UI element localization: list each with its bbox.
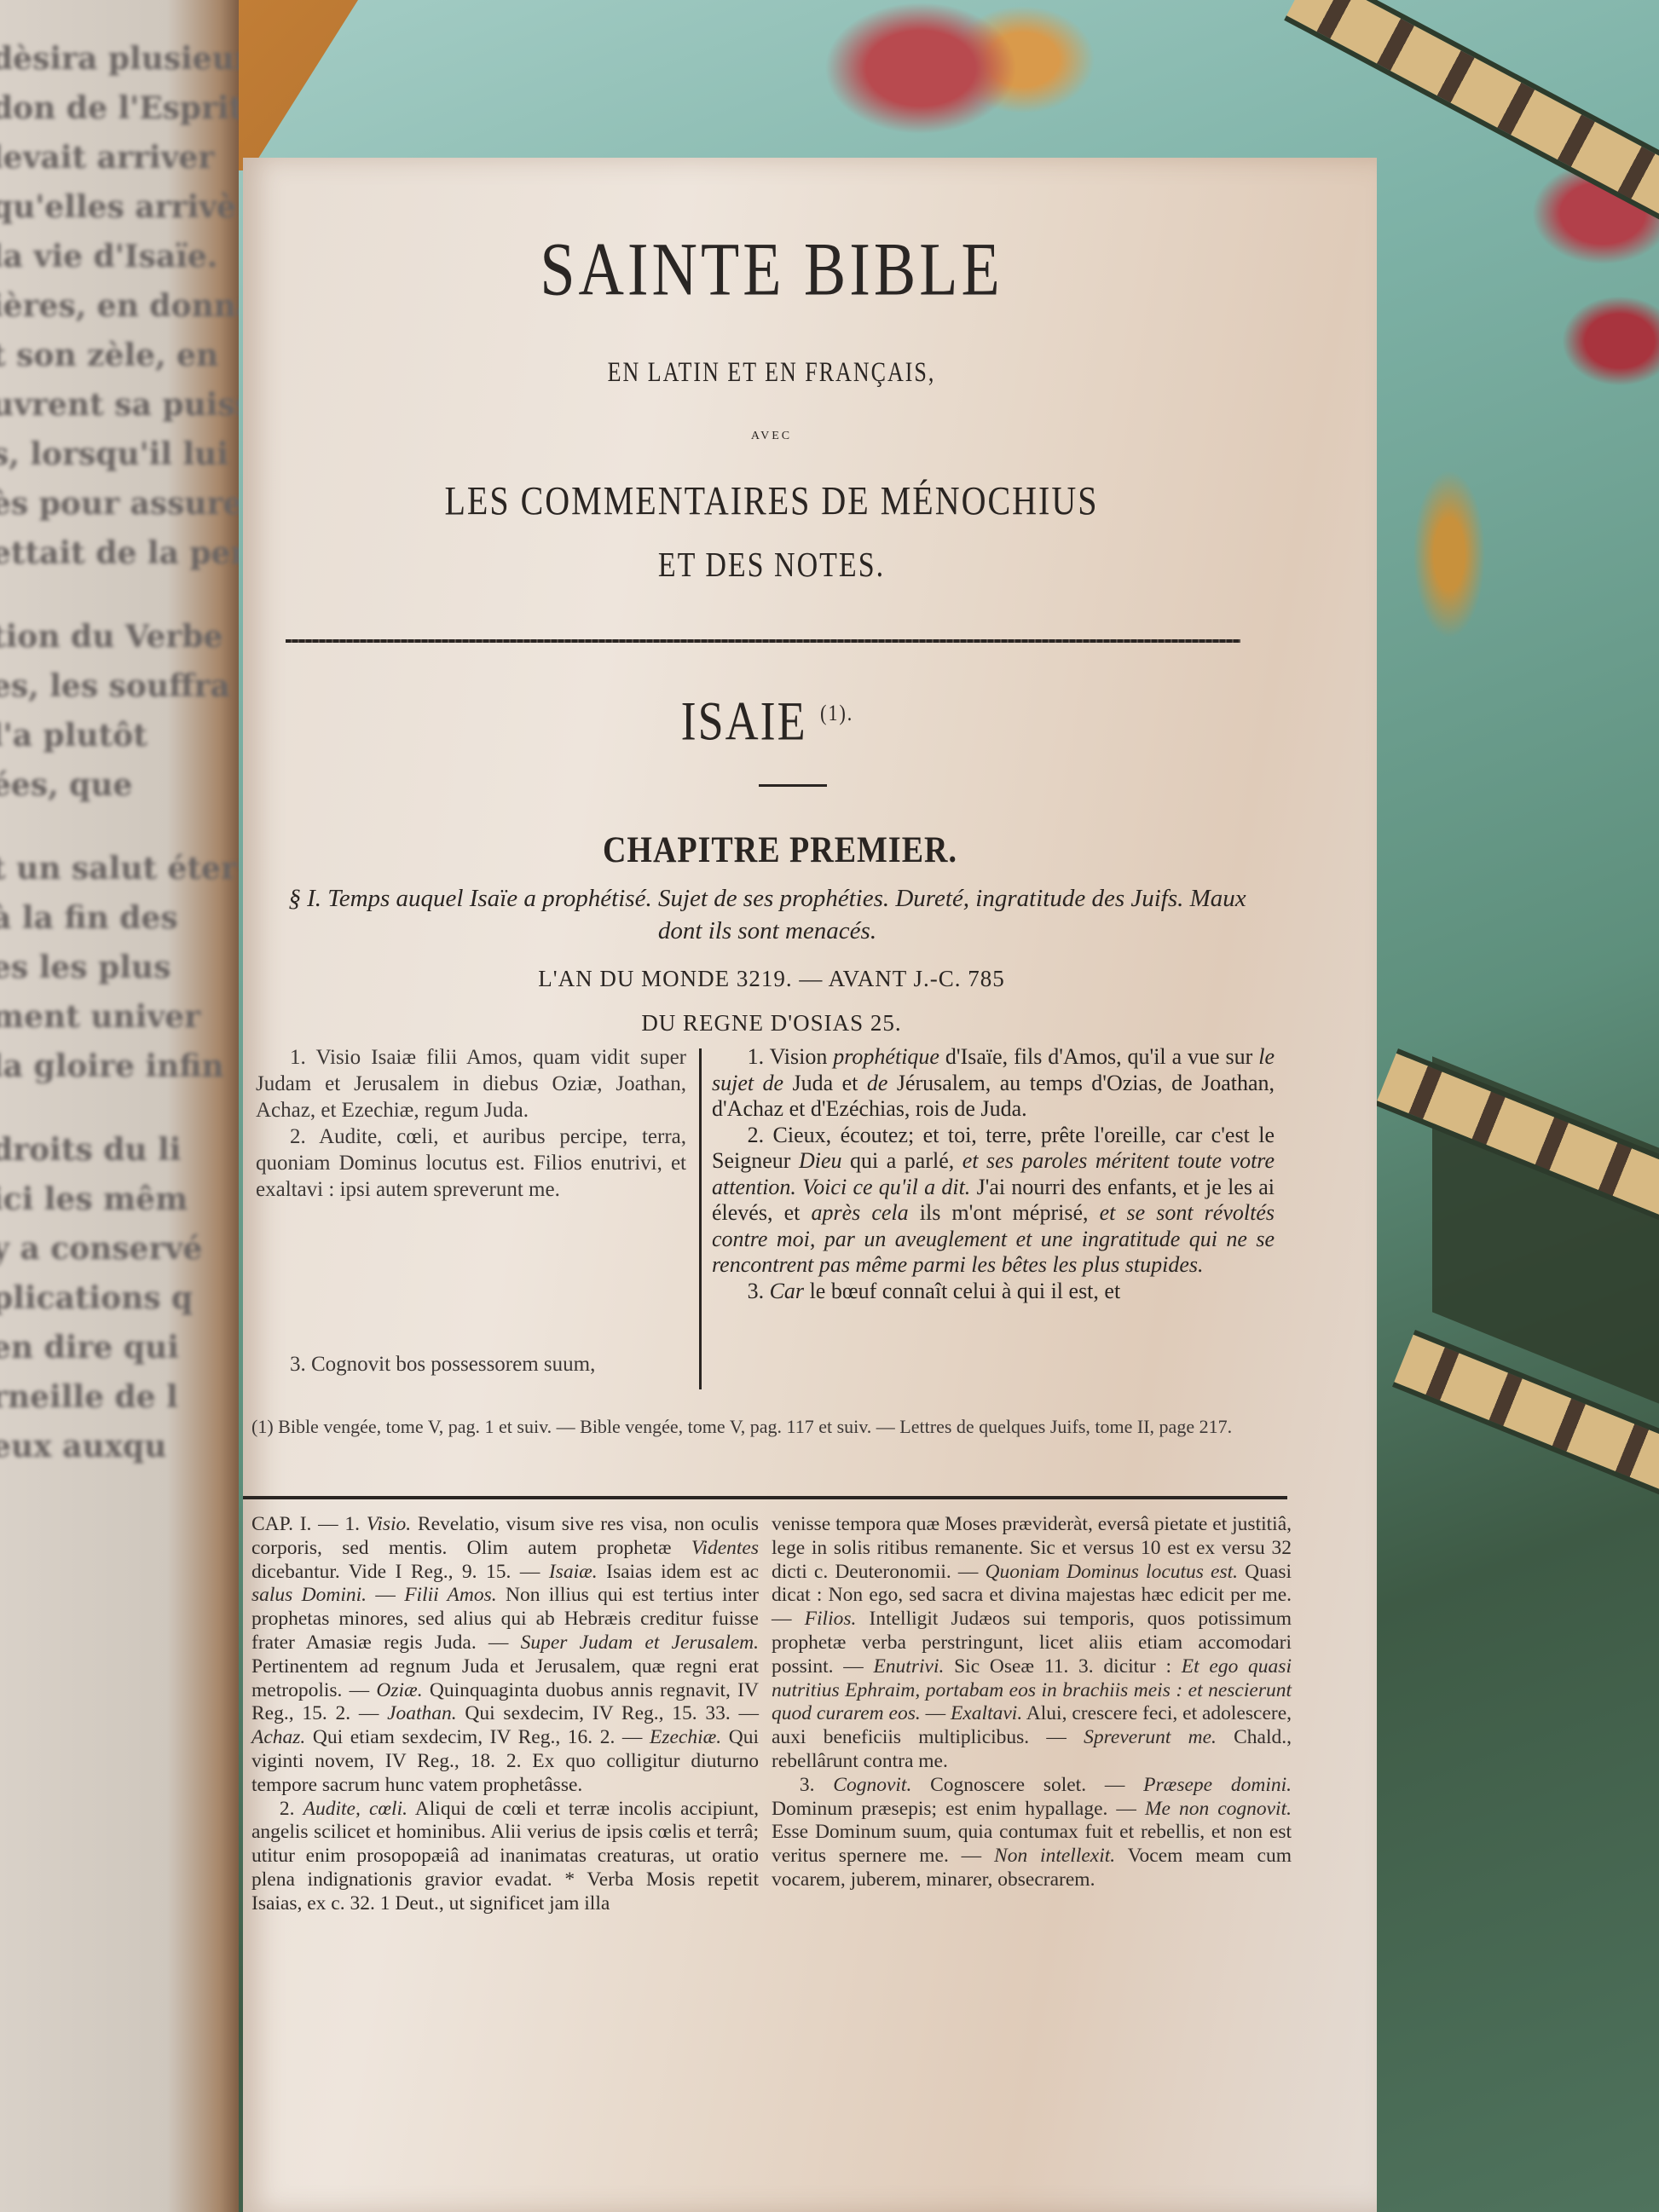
roman-text: le bœuf connaît celui à qui il est, et	[804, 1279, 1120, 1303]
french-verses-column: 1. Vision prophétique d'Isaïe, fils d'Am…	[712, 1044, 1275, 1304]
roman-text: d'Isaïe, fils d'Amos, qu'il a vue sur	[939, 1044, 1258, 1069]
commentary-divider	[243, 1496, 1287, 1499]
french-verse: 2. Cieux, écoutez; et toi, terre, prête …	[712, 1123, 1275, 1279]
previous-page-line: uvrent sa puissan	[0, 380, 213, 430]
book-name: ISAIE	[681, 690, 807, 752]
verse-number: 1.	[748, 1044, 770, 1069]
roman-text: —	[921, 1702, 951, 1724]
roman-text: Vision	[770, 1044, 834, 1069]
roman-text: Juda et	[783, 1071, 867, 1095]
french-verse: 1. Vision prophétique d'Isaïe, fils d'Am…	[712, 1044, 1275, 1123]
commentary-right-column: venisse tempora quæ Moses prævideràt, ev…	[772, 1513, 1292, 1892]
italic-text: Filios.	[805, 1608, 857, 1630]
previous-page-line: qu'elles arrivè	[0, 182, 213, 232]
italic-text: salus Domini.	[251, 1584, 367, 1606]
previous-page-line: la gloire infin	[0, 1042, 213, 1091]
title-divider	[286, 639, 1240, 643]
italic-text: Me non cognovit.	[1145, 1798, 1292, 1820]
roman-text: —	[367, 1584, 404, 1606]
previous-page-line: y a conservé	[0, 1224, 213, 1273]
chapter-heading: CHAPITRE PREMIER.	[243, 829, 1317, 872]
italic-text: Car	[770, 1279, 804, 1303]
previous-page-line: ières, en donnan	[0, 281, 213, 331]
latin-verses-column: 1. Visio Isaiæ filii Amos, quam vidit su…	[256, 1044, 686, 1203]
italic-text: Filii Amos.	[404, 1584, 496, 1606]
reign-line: DU REGNE D'OSIAS 25.	[243, 1010, 1300, 1037]
book-page: SAINTE BIBLE EN LATIN ET EN FRANÇAIS, AV…	[243, 158, 1377, 2212]
previous-page-text: dèsira plusieursdon de l'Espritlevait ar…	[0, 34, 213, 1471]
previous-page-line: don de l'Esprit	[0, 84, 213, 133]
date-line: L'AN DU MONDE 3219. — AVANT J.-C. 785	[243, 966, 1300, 992]
subtitle-avec: AVEC	[243, 430, 1300, 443]
roman-text: qui a parlé,	[841, 1148, 962, 1173]
footnote-reference: (1).	[820, 700, 853, 725]
italic-text: Cognovit.	[833, 1774, 911, 1796]
italic-text: Audite, cœli.	[303, 1798, 408, 1820]
previous-page: dèsira plusieursdon de l'Espritlevait ar…	[0, 0, 239, 2212]
roman-text: 3.	[800, 1774, 833, 1796]
italic-text: Achaz.	[251, 1726, 305, 1748]
previous-page-line: droits du li	[0, 1125, 213, 1175]
chapter-summary: § I. Temps auquel Isaïe a prophétisé. Su…	[264, 882, 1270, 947]
column-divider	[699, 1048, 702, 1389]
previous-page-line	[0, 810, 213, 844]
commentary-paragraph: 2. Audite, cœli. Aliqui de cœli et terræ…	[251, 1798, 759, 1916]
latin-verse: 3. Cognovit bos possessorem suum,	[256, 1351, 686, 1377]
roman-text: Qui sexdecim, IV Reg., 15. 33. —	[457, 1702, 759, 1724]
previous-page-line: en dire qui	[0, 1323, 213, 1372]
main-title: SAINTE BIBLE	[243, 228, 1300, 315]
roman-text: ils m'ont méprisé,	[909, 1200, 1100, 1225]
italic-text: Visio.	[367, 1513, 411, 1535]
previous-page-line: s, lorsqu'il lui	[0, 430, 213, 479]
title-block: SAINTE BIBLE EN LATIN ET EN FRANÇAIS, AV…	[243, 234, 1300, 582]
previous-page-line: t son zèle, en	[0, 331, 213, 380]
latin-verse: 2. Audite, cœli, et auribus percipe, ter…	[256, 1123, 686, 1203]
french-verse: 3. Car le bœuf connaît celui à qui il es…	[712, 1279, 1275, 1305]
previous-page-line: levait arriver	[0, 133, 213, 182]
roman-text: 2.	[280, 1798, 303, 1820]
roman-text: Sic Oseæ 11. 3. dicitur :	[944, 1655, 1181, 1678]
italic-text: Spreverunt me.	[1084, 1726, 1217, 1748]
footnote: (1) Bible vengée, tome V, pag. 1 et suiv…	[251, 1415, 1287, 1439]
previous-page-line	[0, 1091, 213, 1125]
previous-page-line: ettait de la per	[0, 528, 213, 578]
verse-number: 2.	[748, 1123, 773, 1147]
roman-text: Isaias idem est ac	[598, 1561, 759, 1583]
previous-page-line	[0, 578, 213, 612]
subtitle-notes: ET DES NOTES.	[243, 546, 1300, 586]
previous-page-line: ment univer	[0, 992, 213, 1042]
italic-text: Exaltavi.	[951, 1702, 1022, 1724]
italic-text: Quoniam Dominus locutus est.	[985, 1561, 1238, 1583]
italic-text: prophétique	[833, 1044, 939, 1069]
previous-page-line: à la fin des	[0, 893, 213, 943]
italic-text: Non intellexit.	[994, 1845, 1115, 1867]
short-divider	[759, 784, 827, 787]
previous-page-line: ici les mêm	[0, 1175, 213, 1224]
previous-page-line: plications q	[0, 1273, 213, 1323]
italic-text: Videntes	[691, 1537, 759, 1559]
roman-text: Cognoscere solet. —	[911, 1774, 1143, 1796]
commentary-paragraph: CAP. I. — 1. Visio. Revelatio, visum siv…	[251, 1513, 759, 1798]
italic-text: Isaiæ.	[549, 1561, 598, 1583]
roman-text: dicebantur. Vide I Reg., 9. 15. —	[251, 1561, 549, 1583]
italic-text: Super Judam et Jerusalem.	[521, 1632, 759, 1654]
roman-text: Dominum præsepis; est enim hypallage. —	[772, 1798, 1145, 1820]
subtitle-languages: EN LATIN ET EN FRANÇAIS,	[243, 356, 1300, 389]
verse-number: 3.	[748, 1279, 770, 1303]
previous-page-line: l'a plutôt	[0, 711, 213, 760]
roman-text: CAP. I. — 1.	[251, 1513, 367, 1535]
italic-text: Ezechiæ.	[650, 1726, 721, 1748]
italic-text: Præsepe domini.	[1143, 1774, 1292, 1796]
previous-page-line: es les plus	[0, 943, 213, 992]
commentary-left-column: CAP. I. — 1. Visio. Revelatio, visum siv…	[251, 1513, 759, 1916]
previous-page-line: rneille de l	[0, 1372, 213, 1422]
previous-page-line: tion du Verbe	[0, 612, 213, 661]
previous-page-line: dèsira plusieurs	[0, 34, 213, 84]
italic-text: Oziæ.	[376, 1679, 422, 1701]
previous-page-line: eux auxqu	[0, 1422, 213, 1471]
previous-page-line: t un salut éter	[0, 844, 213, 893]
roman-text: Qui etiam sexdecim, IV Reg., 16. 2. —	[305, 1726, 650, 1748]
italic-text: Joathan.	[387, 1702, 457, 1724]
previous-page-line: la vie d'Isaïe.	[0, 232, 213, 281]
book-heading: ISAIE (1).	[243, 690, 1292, 753]
italic-text: Enutrivi.	[873, 1655, 944, 1678]
latin-verse: 1. Visio Isaiæ filii Amos, quam vidit su…	[256, 1044, 686, 1123]
italic-text: Dieu	[799, 1148, 842, 1173]
previous-page-line: es, les souffra	[0, 661, 213, 711]
italic-text: après cela	[811, 1200, 908, 1225]
previous-page-line: ès pour assurer	[0, 479, 213, 528]
italic-text: de	[867, 1071, 888, 1095]
commentary-paragraph: venisse tempora quæ Moses prævideràt, ev…	[772, 1513, 1292, 1774]
commentary-paragraph: 3. Cognovit. Cognoscere solet. — Præsepe…	[772, 1774, 1292, 1892]
previous-page-line: ées, que	[0, 760, 213, 810]
subtitle-commentaries: LES COMMENTAIRES DE MÉNOCHIUS	[243, 476, 1300, 524]
